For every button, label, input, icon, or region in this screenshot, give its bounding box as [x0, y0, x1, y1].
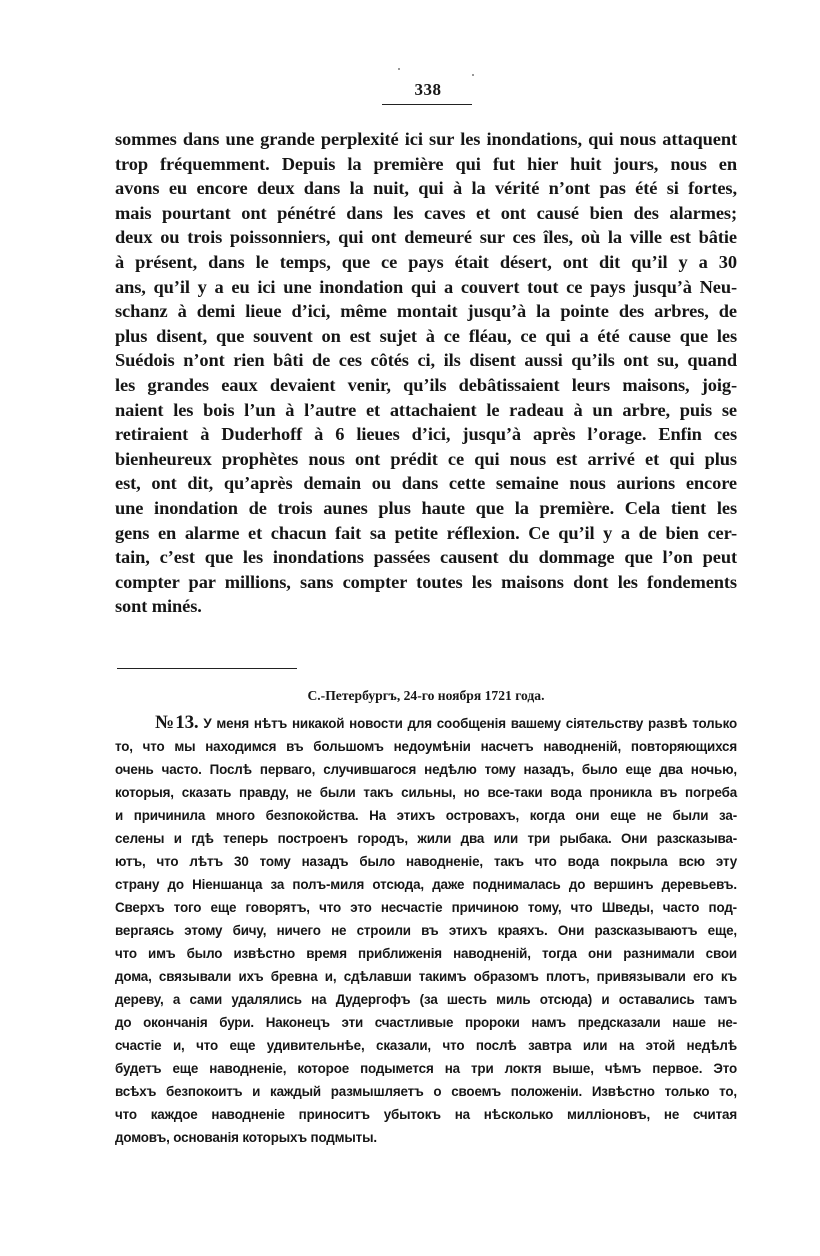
text-line: bienheureux prophètes nous ont prédit ce…	[115, 447, 737, 472]
text-line: домовъ, основанія которыхъ подмыты.	[115, 1126, 737, 1149]
text-line: селены и гдѣ теперь построенъ городъ, жи…	[115, 827, 737, 850]
text-line: то, что мы находимся въ большомъ недоумѣ…	[115, 735, 737, 758]
text-line: gens en alarme et chacun fait sa petite …	[115, 521, 737, 546]
text-line: à présent, dans le temps, que ce pays ét…	[115, 250, 737, 275]
text-line: mais pourtant ont pénétré dans les caves…	[115, 201, 737, 226]
text-line: страну до Ніеншанца за полъ-миля отсюда,…	[115, 873, 737, 896]
text-line: что каждое наводненіе приноситъ убытокъ …	[115, 1103, 737, 1126]
text-line: compter par millions, sans compter toute…	[115, 570, 737, 595]
scan-speck	[472, 74, 474, 76]
text-line: retiraient à Duderhoff à 6 lieues d’ici,…	[115, 422, 737, 447]
text-line: avons eu encore deux dans la nuit, qui à…	[115, 176, 737, 201]
text-line: очень часто. Послѣ перваго, случившагося…	[115, 758, 737, 781]
text-line: до окончанія бури. Наконецъ эти счастлив…	[115, 1011, 737, 1034]
book-page: 338 sommes dans une grande perplexité ic…	[0, 0, 820, 1256]
text-line: Сверхъ того еще говорятъ, что это несчас…	[115, 896, 737, 919]
scan-speck	[398, 68, 400, 70]
russian-translation-text: №13. У меня нѣтъ никакой новости для соо…	[115, 711, 737, 1149]
text-line: une inondation de trois aunes plus haute…	[115, 496, 737, 521]
text-line: счастіе и, что еще удивительнѣе, сказали…	[115, 1034, 737, 1057]
text-line: sommes dans une grande perplexité ici su…	[115, 127, 737, 152]
text-line: trop fréquemment. Depuis la première qui…	[115, 152, 737, 177]
text-line: У меня нѣтъ никакой новости для сообщені…	[199, 716, 737, 731]
french-letter-text: sommes dans une grande perplexité ici su…	[115, 127, 737, 619]
document-number: №13.	[155, 712, 199, 733]
page-number: 338	[384, 80, 472, 100]
text-line: будетъ еще наводненіе, которое подымется…	[115, 1057, 737, 1080]
text-line: ютъ, что лѣтъ 30 тому назадъ было наводн…	[115, 850, 737, 873]
page-number-rule	[382, 104, 472, 105]
text-line: les grandes eaux devaient venir, qu’ils …	[115, 373, 737, 398]
text-line: что имъ было извѣстно время приближенія …	[115, 942, 737, 965]
text-line: deux ou trois poissonniers, qui ont deme…	[115, 225, 737, 250]
text-line: дереву, а сами удалялись на Дудергофъ (з…	[115, 988, 737, 1011]
text-line: plus disent, que souvent on est sujet à …	[115, 324, 737, 349]
text-line: дома, связывали ихъ бревна и, сдѣлавши т…	[115, 965, 737, 988]
text-line: Suédois n’ont rien bâti de ces côtés ci,…	[115, 348, 737, 373]
text-line: вергаясь этому бичу, ничего не строили в…	[115, 919, 737, 942]
text-line: est, ont dit, qu’après demain ou dans ce…	[115, 471, 737, 496]
text-line: naient les bois l’un à l’autre et attach…	[115, 398, 737, 423]
text-line: и причинила много безпокойства. На этихъ…	[115, 804, 737, 827]
section-divider	[117, 668, 297, 669]
text-line: schanz à demi lieue d’ici, même montait …	[115, 299, 737, 324]
text-line: sont minés.	[115, 594, 737, 619]
text-line: которыя, сказать правду, не были такъ си…	[115, 781, 737, 804]
text-line-first: №13. У меня нѣтъ никакой новости для соо…	[115, 711, 737, 735]
text-line: ans, qu’il y a eu ici une inondation qui…	[115, 275, 737, 300]
text-line: tain, c’est que les inondations passées …	[115, 545, 737, 570]
letter-dateline: С.-Петербургъ, 24-го ноября 1721 года.	[115, 686, 737, 706]
text-line: всѣхъ безпокоитъ и каждый размышляетъ о …	[115, 1080, 737, 1103]
